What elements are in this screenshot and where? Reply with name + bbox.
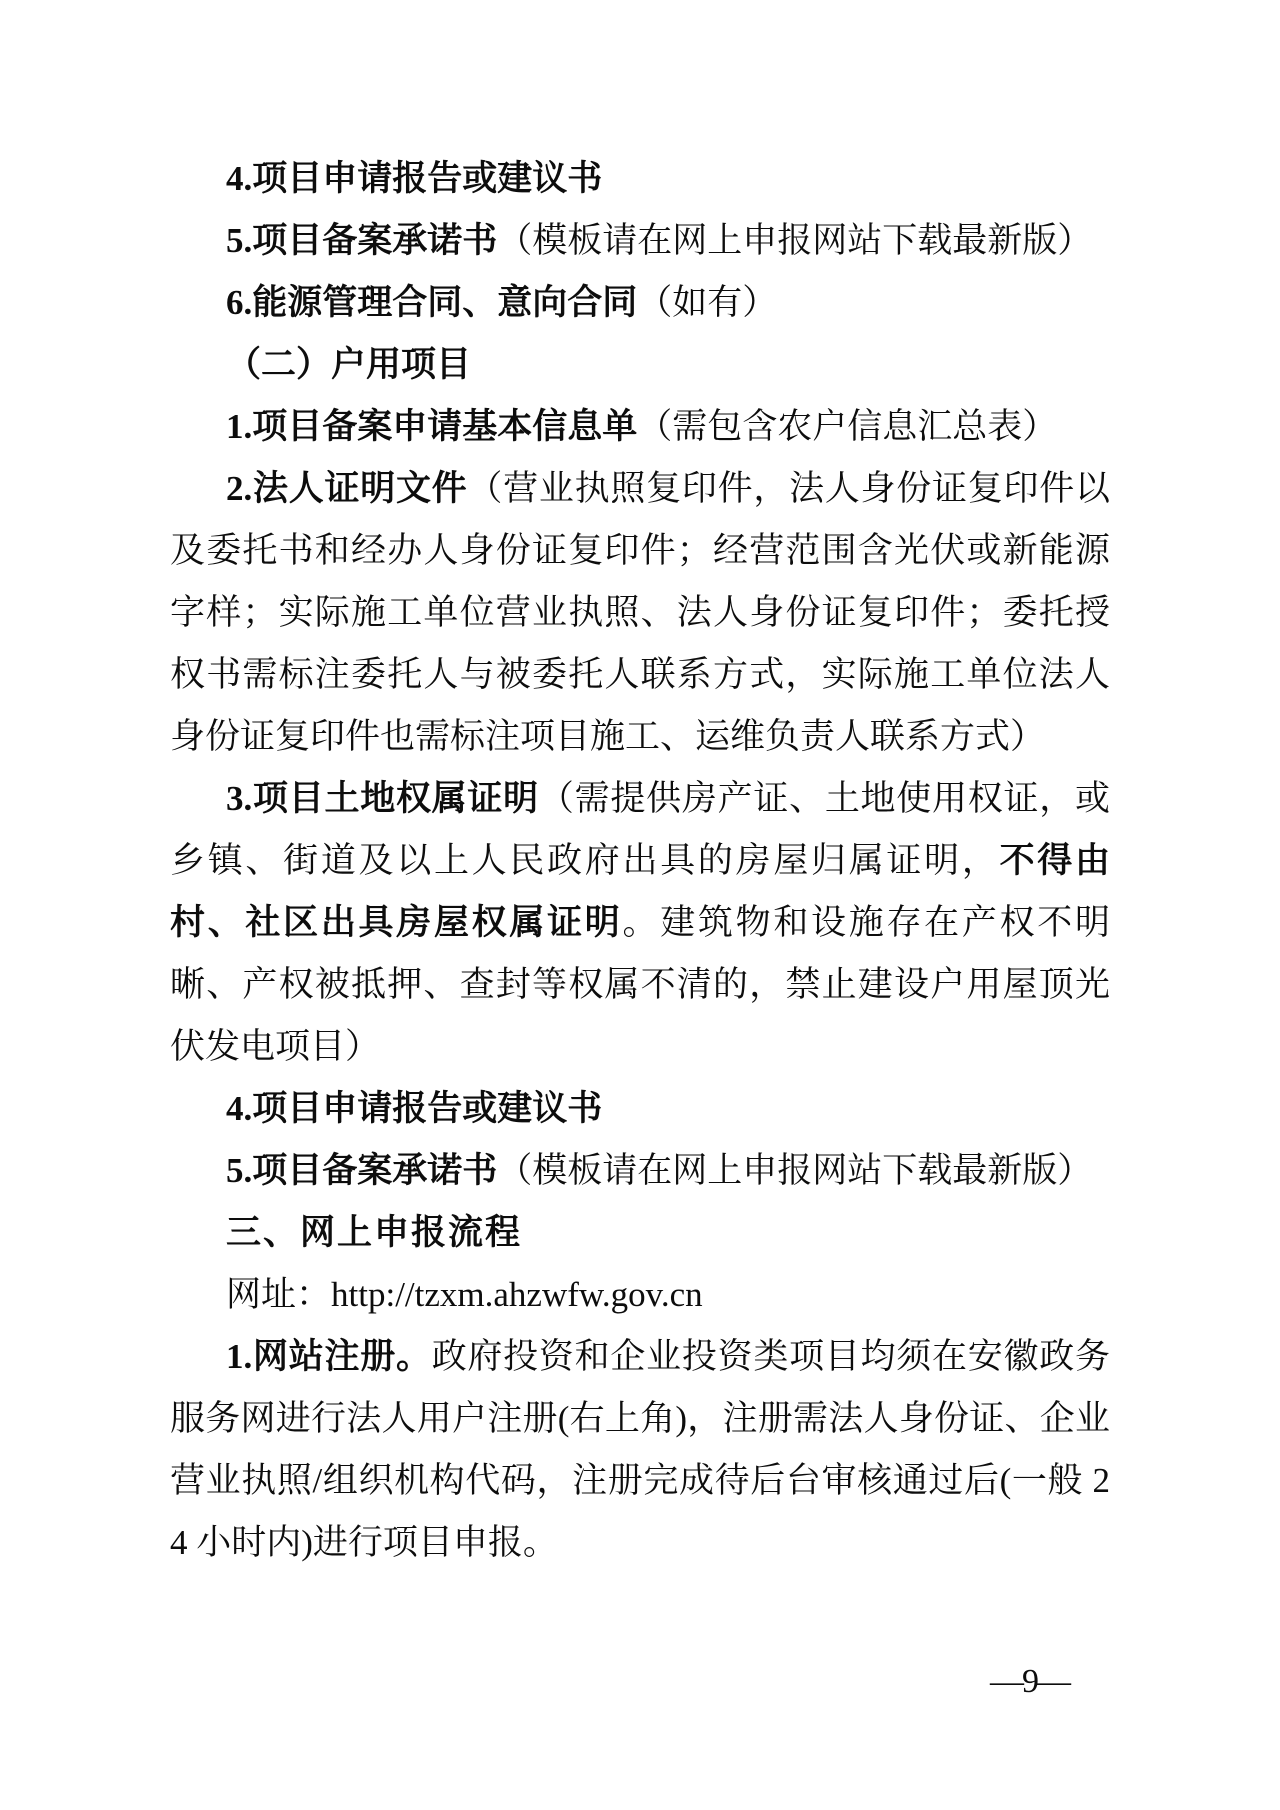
document-content: 4.项目申请报告或建议书5.项目备案承诺书（模板请在网上申报网站下载最新版）6.… <box>170 148 1110 1574</box>
item-4-application-report-2: 4.项目申请报告或建议书 <box>170 1078 1110 1140</box>
item-4-application-report: 4.项目申请报告或建议书 <box>170 148 1110 210</box>
item-3-land-ownership-proof: 3.项目土地权属证明（需提供房产证、土地使用权证，或乡镇、街道及以上人民政府出具… <box>170 768 1110 1078</box>
section-3-online-application-process: 三、网上申报流程 <box>170 1202 1110 1264</box>
text-segment: 1.项目备案申请基本信息单 <box>226 407 637 446</box>
item-1-website-registration: 1.网站注册。政府投资和企业投资类项目均须在安徽政务服务网进行法人用户注册(右上… <box>170 1326 1110 1574</box>
website-address-line: 网址：http://tzxm.ahzwfw.gov.cn <box>170 1264 1110 1326</box>
item-5-filing-commitment: 5.项目备案承诺书（模板请在网上申报网站下载最新版） <box>170 210 1110 272</box>
document-page: 4.项目申请报告或建议书5.项目备案承诺书（模板请在网上申报网站下载最新版）6.… <box>0 0 1280 1810</box>
text-segment: （需包含农户信息汇总表） <box>637 407 1057 446</box>
text-segment: （如有） <box>637 283 777 322</box>
text-segment: 4.项目申请报告或建议书 <box>226 159 602 198</box>
text-segment: 6.能源管理合同、意向合同 <box>226 283 637 322</box>
url-text: http://tzxm.ahzwfw.gov.cn <box>331 1275 703 1314</box>
text-segment: （二）户用项目 <box>226 345 471 384</box>
text-segment: 网址： <box>226 1275 331 1314</box>
item-6-energy-management-contract: 6.能源管理合同、意向合同（如有） <box>170 272 1110 334</box>
text-segment: 3.项目土地权属证明 <box>226 779 539 818</box>
text-segment: （模板请在网上申报网站下载最新版） <box>497 221 1092 260</box>
item-1-basic-info-sheet: 1.项目备案申请基本信息单（需包含农户信息汇总表） <box>170 396 1110 458</box>
page-number: —9— <box>990 1662 1069 1702</box>
text-segment: （营业执照复印件，法人身份证复印件以及委托书和经办人身份证复印件；经营范围含光伏… <box>170 469 1110 756</box>
text-segment: （模板请在网上申报网站下载最新版） <box>497 1151 1092 1190</box>
text-segment: 5.项目备案承诺书 <box>226 221 497 260</box>
text-segment: 2.法人证明文件 <box>226 469 467 508</box>
item-5-filing-commitment-2: 5.项目备案承诺书（模板请在网上申报网站下载最新版） <box>170 1140 1110 1202</box>
text-segment: 4.项目申请报告或建议书 <box>226 1089 602 1128</box>
text-segment: 5.项目备案承诺书 <box>226 1151 497 1190</box>
text-segment: 1.网站注册。 <box>226 1337 432 1376</box>
section-2-household-projects: （二）户用项目 <box>170 334 1110 396</box>
text-segment: 三、网上申报流程 <box>226 1213 522 1252</box>
item-2-legal-person-documents: 2.法人证明文件（营业执照复印件，法人身份证复印件以及委托书和经办人身份证复印件… <box>170 458 1110 768</box>
